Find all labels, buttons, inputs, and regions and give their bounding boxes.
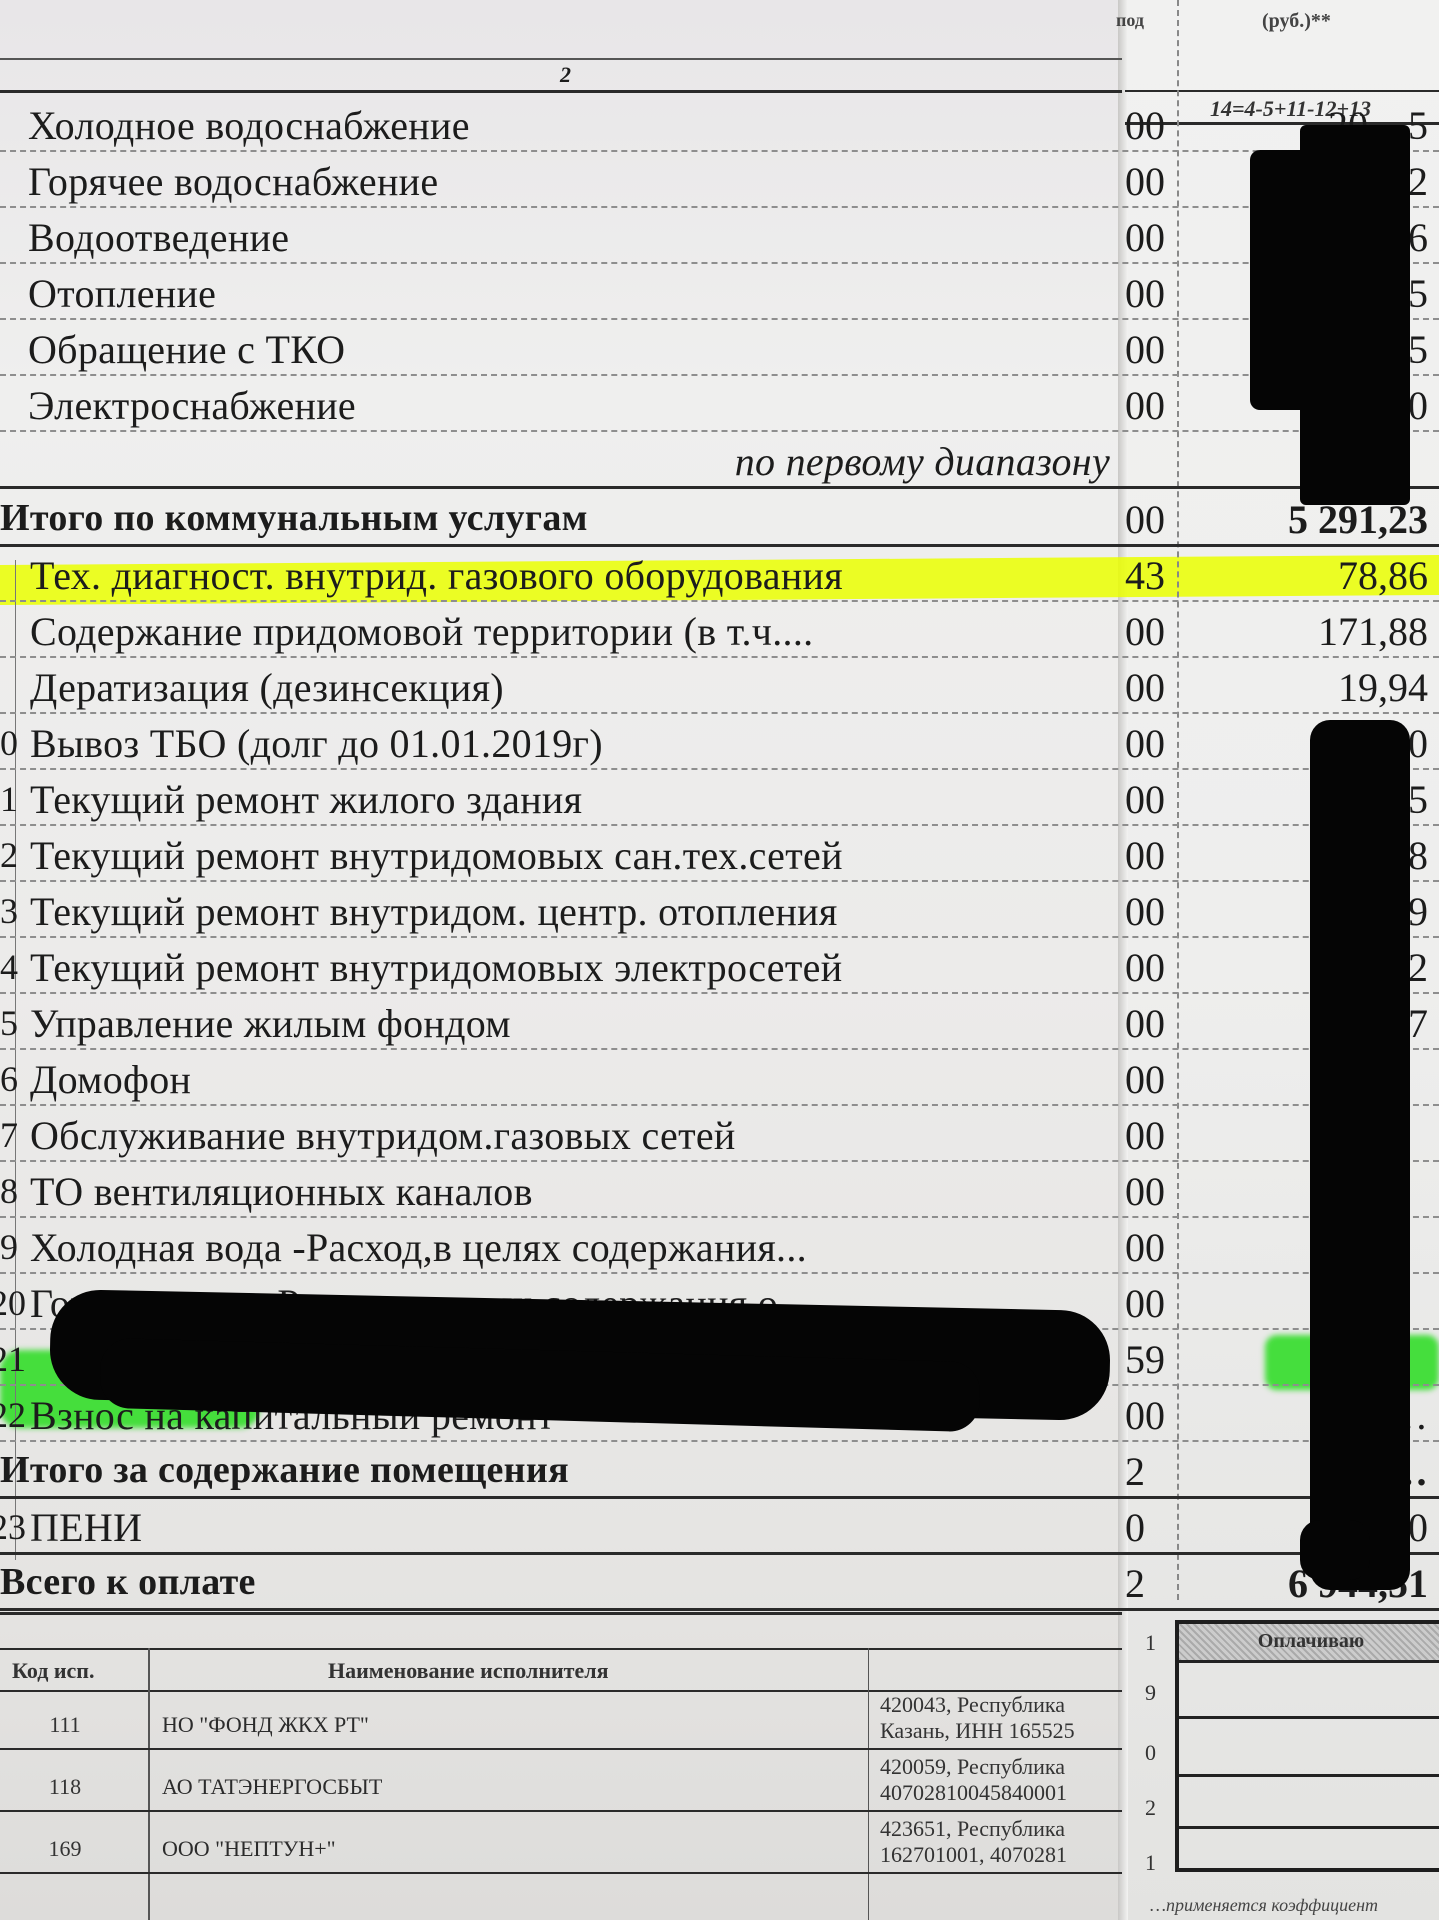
divider <box>1179 1716 1439 1719</box>
redaction-mark <box>1310 720 1410 1590</box>
side-number: 9 <box>1145 1680 1156 1706</box>
table-row: Тех. диагност. внутрид. газового оборудо… <box>0 548 1122 598</box>
row-divider <box>0 1104 1439 1106</box>
row-divider <box>0 824 1439 826</box>
table-row: 1Текущий ремонт жилого здания001…5 <box>0 772 1122 822</box>
column-header-unit: (руб.)** <box>1262 10 1331 33</box>
divider <box>1179 1826 1439 1829</box>
redaction-mark <box>1300 1520 1370 1580</box>
service-name: Итого по коммунальным услугам <box>0 496 588 540</box>
row-divider <box>0 880 1439 882</box>
divider <box>1125 90 1439 92</box>
row-divider <box>0 318 1439 320</box>
service-name: Обращение с ТКО <box>28 326 345 373</box>
service-name: Обслуживание внутридом.газовых сетей <box>30 1112 736 1159</box>
amount-due: 19,94 <box>1168 664 1428 711</box>
row-number: 0 <box>0 722 18 764</box>
rate-tail: 59 <box>1125 1336 1185 1383</box>
table-row: Дератизация (дезинсекция)0019,94 <box>0 660 1122 710</box>
column-header-partial: под <box>1116 10 1144 31</box>
row-divider <box>0 712 1439 714</box>
side-number: 1 <box>1145 1850 1156 1876</box>
executor-code: 169 <box>40 1836 90 1862</box>
executor-code-header: Код исп. <box>12 1658 94 1684</box>
table-row: Горячее водоснабжение00…2 <box>0 154 1122 204</box>
divider <box>1179 1774 1439 1777</box>
row-divider <box>0 1160 1439 1162</box>
service-name: Холодная вода -Расход,в целях содержания… <box>30 1224 807 1271</box>
service-name: Тех. диагност. внутрид. газового оборудо… <box>30 552 843 599</box>
executor-code: 111 <box>40 1712 90 1738</box>
table-row: 3Текущий ремонт внутридом. центр. отопле… <box>0 884 1122 934</box>
row-divider <box>0 430 1439 432</box>
side-number: 0 <box>1145 1740 1156 1766</box>
table-row: 5Управление жилым фондом002…7 <box>0 996 1122 1046</box>
row-divider <box>0 1272 1439 1274</box>
service-name: Всего к оплате <box>0 1560 256 1604</box>
row-divider <box>0 1608 1439 1611</box>
row-divider <box>0 1552 1439 1555</box>
executor-address: 420043, РеспубликаКазань, ИНН 165525 <box>880 1692 1130 1744</box>
side-number: 2 <box>1145 1795 1156 1821</box>
executor-column-divider <box>148 1648 150 1920</box>
rate-tail: 00 <box>1125 1168 1185 1215</box>
side-number: 1 <box>1145 1630 1156 1656</box>
table-row: 2Текущий ремонт внутридомовых сан.тех.се… <box>0 828 1122 878</box>
column-number: 2 <box>560 62 571 88</box>
service-name: Текущий ремонт внутридом. центр. отоплен… <box>30 888 838 935</box>
row-divider <box>0 486 1439 489</box>
rate-tail: 00 <box>1125 1280 1185 1327</box>
row-number: 1 <box>0 778 18 820</box>
row-number: 21 <box>0 1338 18 1380</box>
table-row: 6Домофон00 <box>0 1052 1122 1102</box>
row-number: 23 <box>0 1506 18 1548</box>
service-name: Управление жилым фондом <box>30 1000 511 1047</box>
row-number: 5 <box>0 1002 18 1044</box>
row-divider <box>0 206 1439 208</box>
row-divider <box>0 150 1439 152</box>
payment-box-header: Оплачиваю <box>1179 1624 1439 1663</box>
table-row: по первому диапазону <box>0 434 1122 484</box>
executor-name: НО "ФОНД ЖКХ РТ" <box>162 1712 369 1738</box>
executor-name-header: Наименование исполнителя <box>328 1658 609 1684</box>
table-row: Электроснабжение003…20 <box>0 378 1122 428</box>
table-row: Водоотведение00…6 <box>0 210 1122 260</box>
table-row: Итого по коммунальным услугам005 291,23 <box>0 492 1122 542</box>
rate-tail: 00 <box>1125 1056 1185 1103</box>
executor-code: 118 <box>40 1774 90 1800</box>
executor-name: ООО "НЕПТУН+" <box>162 1836 336 1862</box>
service-name: Горячее водоснабжение <box>28 158 438 205</box>
rate-tail: 00 <box>1125 1224 1185 1271</box>
row-divider <box>0 600 1439 602</box>
service-name: Холодное водоснабжение <box>28 102 470 149</box>
service-name: ТО вентиляционных каналов <box>30 1168 533 1215</box>
row-number: 4 <box>0 946 18 988</box>
service-name: Текущий ремонт жилого здания <box>30 776 582 823</box>
row-number: 7 <box>0 1114 18 1156</box>
row-divider <box>0 1216 1439 1218</box>
service-name: Итого за содержание помещения <box>0 1448 569 1492</box>
table-row: Содержание придомовой территории (в т.ч.… <box>0 604 1122 654</box>
table-row: Итого за содержание помещения21 6… <box>0 1444 1122 1494</box>
service-name: по первому диапазону <box>735 438 1110 485</box>
service-name: Домофон <box>30 1056 191 1103</box>
divider <box>0 1612 1122 1615</box>
row-divider <box>0 262 1439 264</box>
rate-tail: 00 <box>1125 1112 1185 1159</box>
service-name: Дератизация (дезинсекция) <box>30 664 504 711</box>
table-row: Холодное водоснабжение0020…5 <box>0 98 1122 148</box>
table-row: 4Текущий ремонт внутридомовых электросет… <box>0 940 1122 990</box>
row-number: 3 <box>0 890 18 932</box>
executor-address: 420059, Республика40702810045840001 <box>880 1754 1130 1806</box>
redaction-mark <box>1300 125 1410 505</box>
row-divider <box>0 544 1439 547</box>
row-divider <box>0 768 1439 770</box>
table-row: 8ТО вентиляционных каналов00 <box>0 1164 1122 1214</box>
table-row: 0Вывоз ТБО (долг до 01.01.2019г)00…0 <box>0 716 1122 766</box>
service-name: Водоотведение <box>28 214 289 261</box>
service-name: Отопление <box>28 270 216 317</box>
table-row: Всего к оплате26 944,51 <box>0 1556 1122 1606</box>
executor-column-divider <box>868 1648 869 1920</box>
payment-box: Оплачиваю <box>1175 1620 1439 1872</box>
service-name: ПЕНИ <box>30 1504 142 1551</box>
row-divider <box>0 656 1439 658</box>
row-number: 8 <box>0 1170 18 1212</box>
amount-due: 78,86 <box>1168 552 1428 599</box>
row-divider <box>0 374 1439 376</box>
table-row: Отопление00…5 <box>0 266 1122 316</box>
executor-address: 423651, Республика162701001, 4070281 <box>880 1816 1130 1868</box>
table-row: 7Обслуживание внутридом.газовых сетей00 <box>0 1108 1122 1158</box>
table-row: 9Холодная вода -Расход,в целях содержани… <box>0 1220 1122 1270</box>
service-name: Текущий ремонт внутридомовых электросете… <box>30 944 842 991</box>
service-name: Содержание придомовой территории (в т.ч.… <box>30 608 813 655</box>
row-divider <box>0 1496 1439 1499</box>
row-number: 22 <box>0 1394 18 1436</box>
table-row: 23ПЕНИ00,00 <box>0 1500 1122 1550</box>
row-divider <box>0 1440 1439 1442</box>
row-divider <box>0 936 1439 938</box>
row-divider <box>0 1810 1122 1812</box>
row-divider <box>0 1748 1122 1750</box>
row-number: 6 <box>0 1058 18 1100</box>
row-number: 2 <box>0 834 18 876</box>
executor-name: АО ТАТЭНЕРГОСБЫТ <box>162 1774 382 1800</box>
row-number: 9 <box>0 1226 18 1268</box>
row-number: 20 <box>0 1282 18 1324</box>
service-name: Текущий ремонт внутридомовых сан.тех.сет… <box>30 832 843 879</box>
divider <box>0 90 1122 93</box>
row-divider <box>0 1048 1439 1050</box>
divider <box>0 58 1122 60</box>
row-divider <box>0 1872 1122 1874</box>
divider <box>0 1648 1122 1650</box>
service-name: Электроснабжение <box>28 382 356 429</box>
amount-due: 171,88 <box>1168 608 1428 655</box>
footer-partial-text: …применяется коэффициент <box>1150 1895 1378 1916</box>
row-divider <box>0 992 1439 994</box>
table-row: Обращение с ТКО00…5 <box>0 322 1122 372</box>
service-name: Вывоз ТБО (долг до 01.01.2019г) <box>30 720 603 767</box>
